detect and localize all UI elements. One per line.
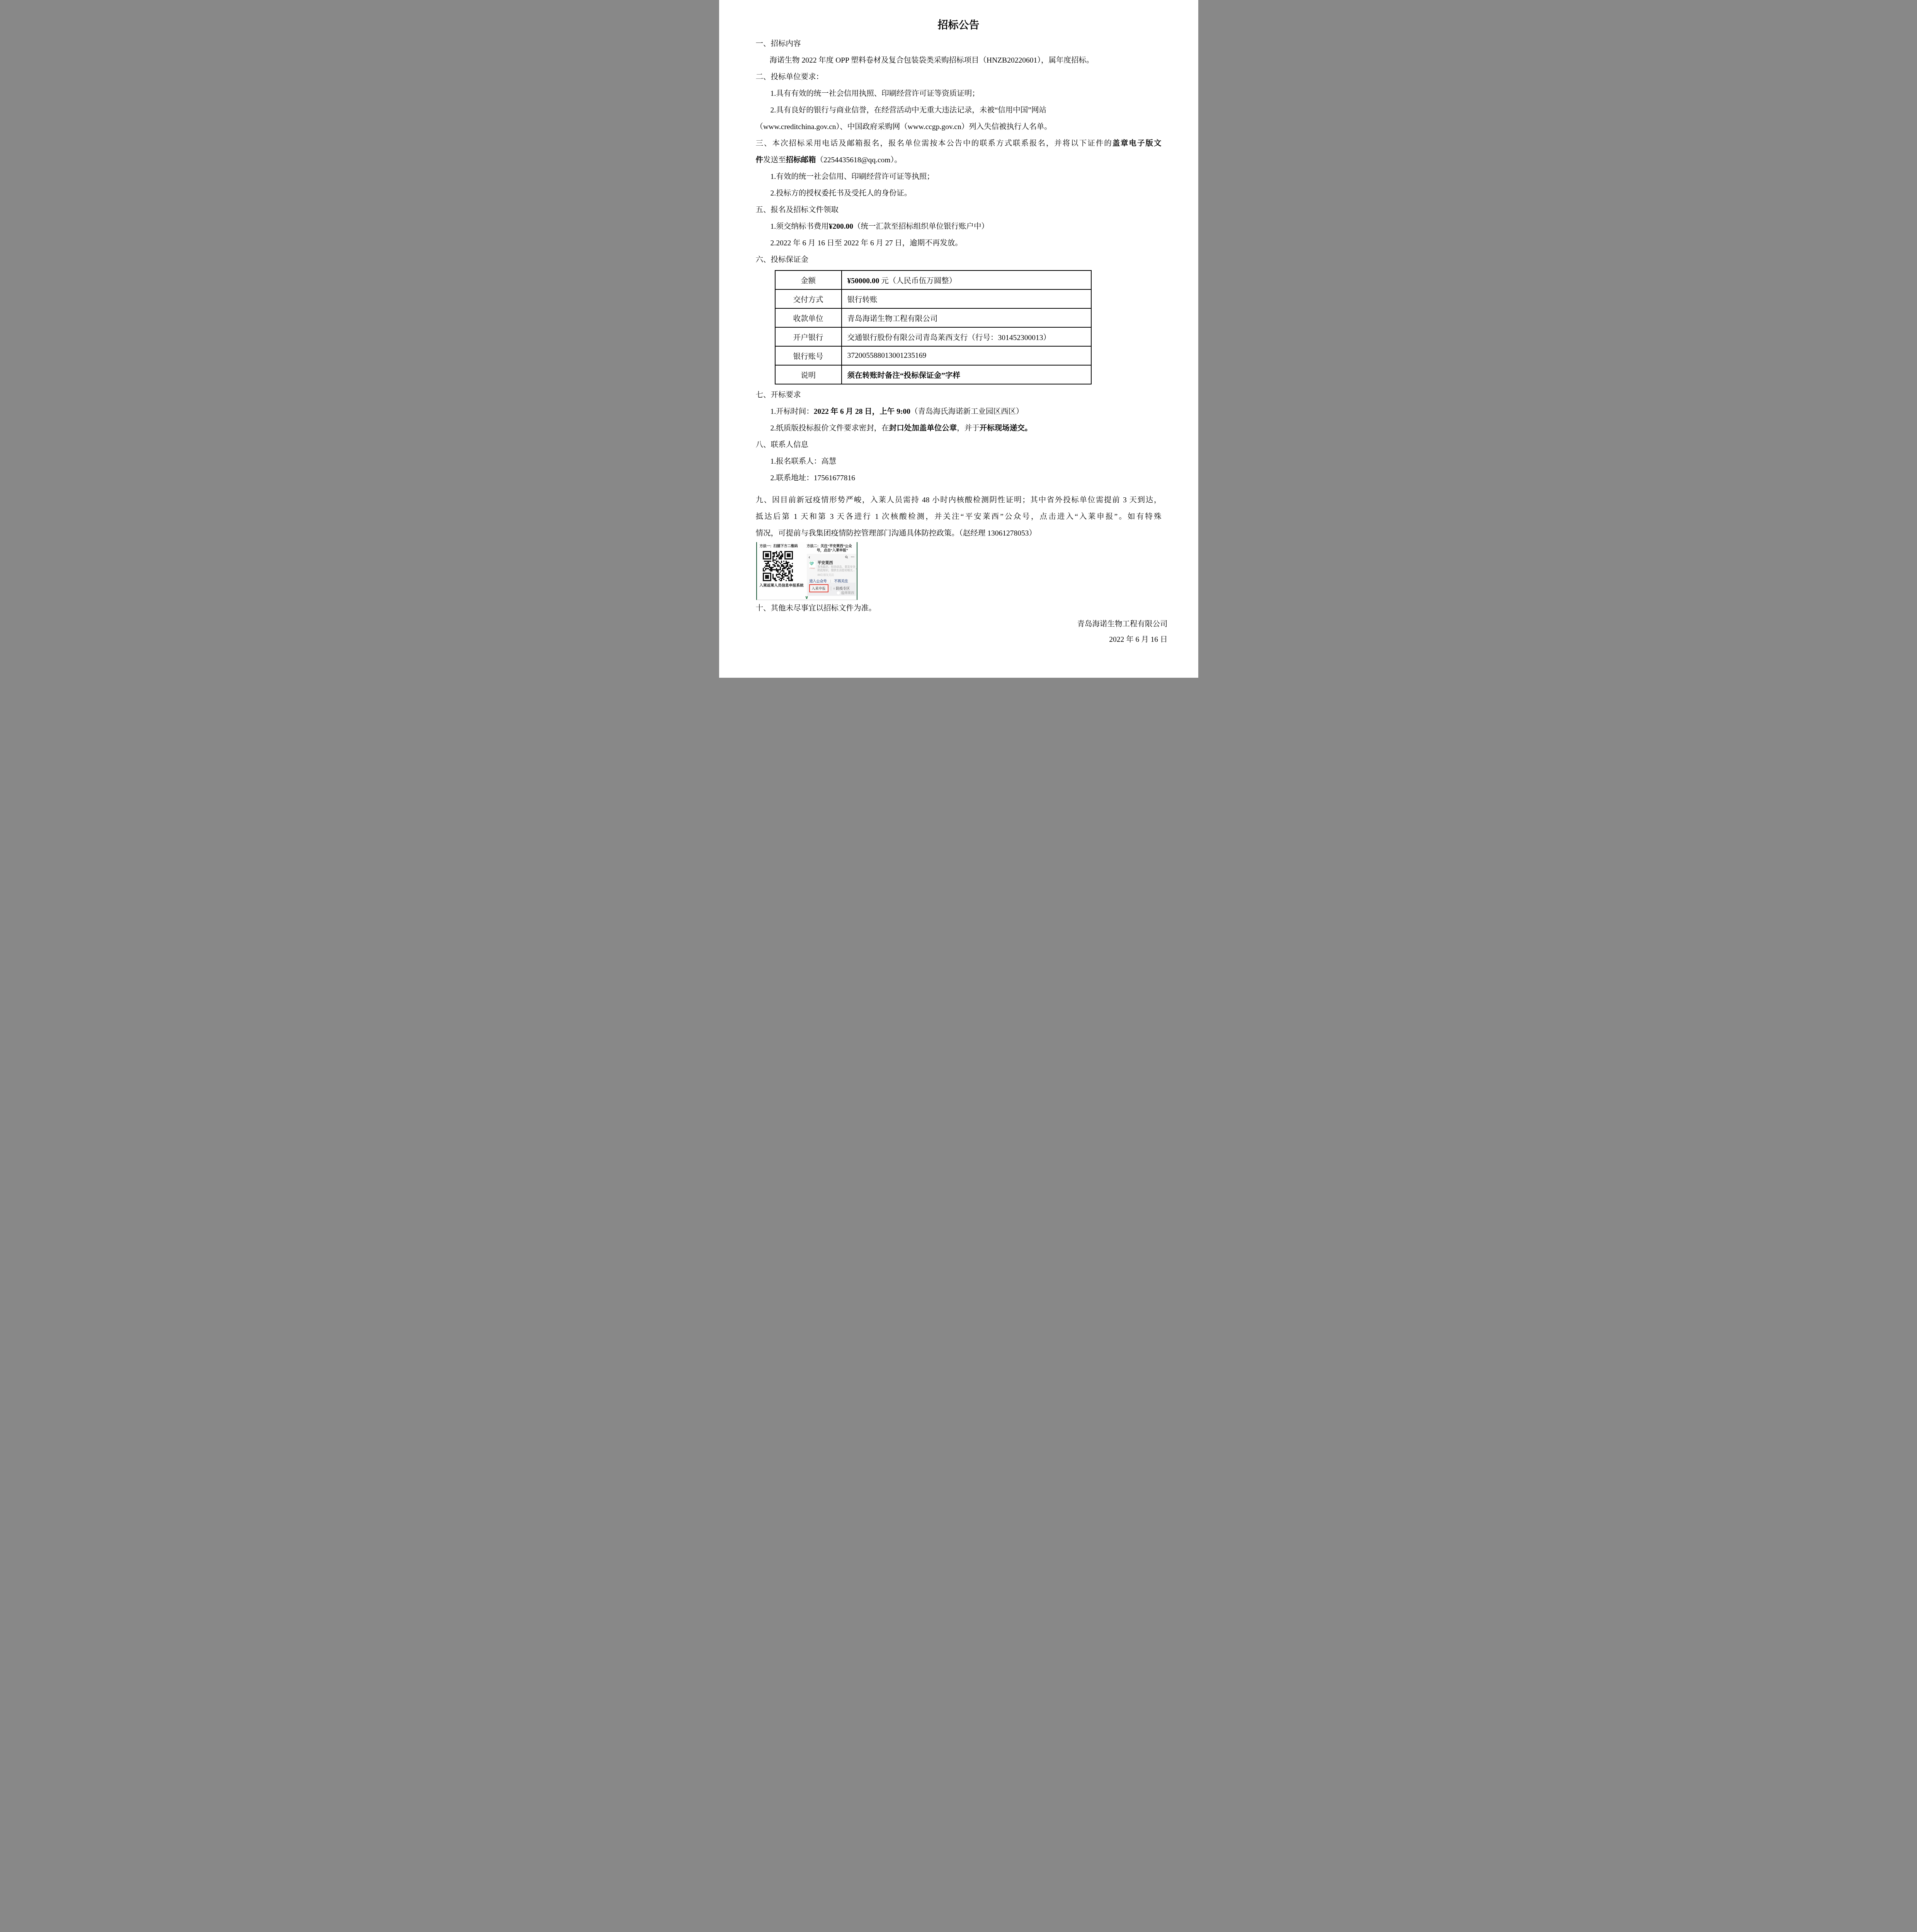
- doc-line: 1.具有有效的统一社会信用执照、印刷经营许可证等资质证明；: [756, 85, 1162, 102]
- row-value: 青岛海诺生物工程有限公司: [842, 308, 1091, 327]
- row-label: 交付方式: [775, 289, 842, 308]
- menu-item-highlighted: 入莱申报: [809, 584, 828, 592]
- date: 2022 年 6 月 16 日: [756, 632, 1168, 648]
- doc-line: 2.投标方的授权委托书及受托人的身份证。: [756, 185, 1162, 202]
- qr-code: [763, 551, 793, 581]
- divider: [830, 580, 831, 583]
- signature-block: 青岛海诺生物工程有限公司 2022 年 6 月 16 日: [756, 617, 1168, 648]
- watermark: 揾得莱西: [837, 590, 854, 595]
- table-row: 说明 须在转账时备注“投标保证金”字样: [775, 365, 1091, 384]
- row-value: ¥50000.00 元（人民币伍万圆整）: [842, 270, 1091, 289]
- doc-line: 抵达后第 1 天和第 3 天各进行 1 次核酸检测，并关注“平安莱西”公众号，点…: [756, 509, 1162, 525]
- row-value: 银行转账: [842, 289, 1091, 308]
- section-1-heading: 一、招标内容: [756, 36, 1162, 52]
- doc-line: 海诺生物 2022 年度 OPP 塑料卷材及复合包装袋类采购招标项目（HNZB2…: [756, 52, 1162, 69]
- search-icon: [845, 556, 848, 559]
- row-label: 收款单位: [775, 308, 842, 327]
- section-7-heading: 七、开标要求: [756, 387, 1162, 403]
- expand-chevron-icon: ∨: [805, 595, 809, 600]
- section-3-heading: 三、本次招标采用电话及邮箱报名，报名单位需按本公告中的联系方式联系报名，并将以下…: [756, 135, 1162, 152]
- sticker-icon: [837, 591, 840, 595]
- account-menu-bar: 入莱申报 ≡防疫专区 揾得莱西: [808, 583, 856, 596]
- account-logo: 平安莱西: [809, 561, 816, 568]
- table-row: 银行账号 372005588013001235169: [775, 346, 1091, 365]
- section-2-heading: 二、投标单位要求：: [756, 69, 1162, 85]
- row-value: 交通银行股份有限公司青岛莱西支行（行号：301452300013）: [842, 327, 1091, 346]
- row-label: 银行账号: [775, 346, 842, 365]
- divider: [831, 587, 831, 590]
- section-5-heading: 五、报名及招标文件领取: [756, 202, 1162, 218]
- attachment-image: 方法一：扫描下方二维码 入莱返莱人员信息申报系统 方法二：关注“平安莱西”公众 …: [756, 542, 857, 600]
- doc-line: 2.具有良好的银行与商业信誉，在经营活动中无重大违法记录，未被“信用中国”网站: [756, 102, 1162, 119]
- followers-count: 86位朋友关注: [818, 573, 855, 577]
- wechat-screenshot: ‹ ••• 平安莱西: [807, 554, 856, 596]
- table-row: 开户银行 交通银行股份有限公司青岛莱西支行（行号：301452300013）: [775, 327, 1091, 346]
- account-name: 平安莱西: [818, 561, 855, 565]
- doc-line: 1.有效的统一社会信用、印刷经营许可证等执照；: [756, 168, 1162, 185]
- doc-line: 1.须交纳标书费用¥200.00（统一汇款至招标组织单位银行账户中）: [756, 218, 1162, 235]
- method1-label: 方法一：扫描下方二维码: [760, 544, 805, 548]
- section-8-heading: 八、联系人信息: [756, 437, 1162, 453]
- chevron-right-icon: ›: [856, 567, 857, 571]
- row-value: 须在转账时备注“投标保证金”字样: [842, 365, 1091, 384]
- account-description: 发布政法、综治动态，普及安全 防范知识，提供生活密切相关...: [818, 565, 856, 572]
- row-label: 开户银行: [775, 327, 842, 346]
- doc-line: 2.2022 年 6 月 16 日至 2022 年 6 月 27 日，逾期不再发…: [756, 235, 1162, 252]
- row-value: 372005588013001235169: [842, 346, 1091, 365]
- section-10-heading: 十、其他未尽事宜以招标文件为准。: [756, 600, 1162, 617]
- more-icon: •••: [851, 556, 854, 558]
- row-label: 说明: [775, 365, 842, 384]
- doc-line: 2.联系地址：17561677816: [756, 470, 1162, 486]
- deposit-table: 金额 ¥50000.00 元（人民币伍万圆整） 交付方式 银行转账 收款单位 青…: [775, 270, 1092, 384]
- qr-caption: 入莱返莱人员信息申报系统: [760, 582, 805, 588]
- table-row: 金额 ¥50000.00 元（人民币伍万圆整）: [775, 270, 1091, 289]
- doc-line: 件发送至招标邮箱（2254435618@qq.com）。: [756, 152, 1162, 168]
- doc-line: 情况，可提前与我集团疫情防控管理部门沟通具体防控政策。（赵经理 13061278…: [756, 525, 1162, 542]
- doc-line: （www.creditchina.gov.cn）、中国政府采购网（www.ccg…: [756, 119, 1162, 135]
- document-page: 招标公告 一、招标内容 海诺生物 2022 年度 OPP 塑料卷材及复合包装袋类…: [719, 0, 1198, 678]
- doc-line: 1.开标时间：2022 年 6 月 28 日，上午 9:00（青岛海氏海诺新工业…: [756, 403, 1162, 420]
- table-row: 交付方式 银行转账: [775, 289, 1091, 308]
- section-6-heading: 六、投标保证金: [756, 252, 1162, 268]
- logo-caption: 平安莱西: [810, 568, 815, 569]
- hamburger-icon: ≡: [833, 587, 835, 590]
- method2-label: 方法二：关注“平安莱西”公众 号，点击“入莱申报”: [807, 544, 856, 553]
- page-title: 招标公告: [756, 19, 1162, 32]
- doc-line: 1.报名联系人：高慧: [756, 453, 1162, 470]
- back-icon: ‹: [809, 555, 810, 559]
- table-row: 收款单位 青岛海诺生物工程有限公司: [775, 308, 1091, 327]
- row-label: 金额: [775, 270, 842, 289]
- company-name: 青岛海诺生物工程有限公司: [756, 617, 1168, 632]
- section-9-heading: 九、因目前新冠疫情形势严峻，入莱人员需持 48 小时内核酸检测阴性证明；其中省外…: [756, 492, 1162, 509]
- doc-line: 2.纸质版投标报价文件要求密封，在封口处加盖单位公章，并于开标现场递交。: [756, 420, 1162, 437]
